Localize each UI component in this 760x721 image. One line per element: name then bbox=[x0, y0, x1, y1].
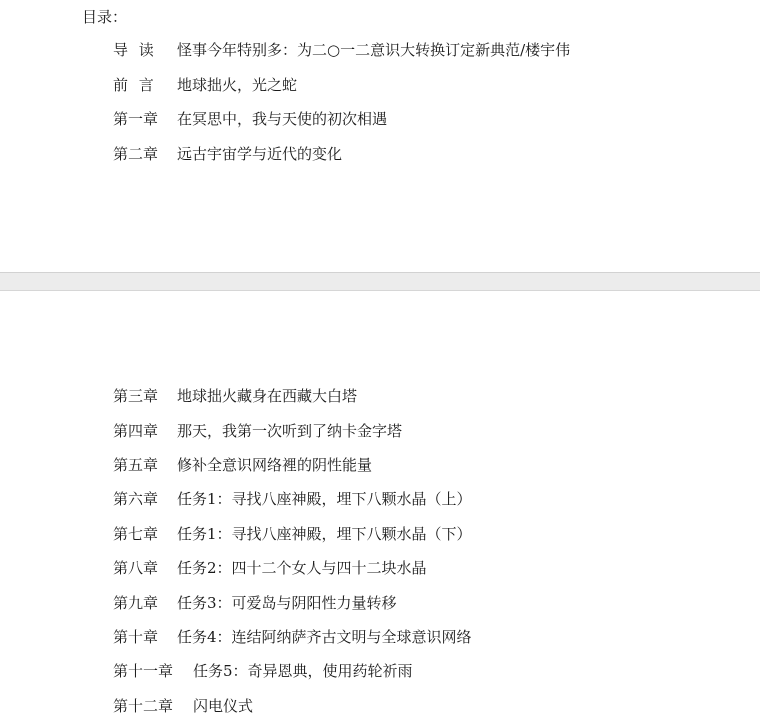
toc-entry[interactable]: 第八章 任务2：四十二个女人与四十二块水晶 bbox=[113, 558, 427, 578]
toc-entry-label: 前 言 bbox=[113, 75, 177, 95]
toc-entry-label: 第八章 bbox=[113, 558, 177, 578]
document-page-2: 第三章 地球拙火藏身在西藏大白塔 第四章 那天，我第一次听到了纳卡金字塔 第五章… bbox=[0, 291, 760, 721]
toc-entry-label: 第七章 bbox=[113, 524, 177, 544]
toc-entry-label: 导 读 bbox=[113, 40, 177, 60]
toc-entry-label: 第十二章 bbox=[113, 696, 193, 716]
toc-entry-label: 第六章 bbox=[113, 489, 177, 509]
toc-entry-label: 第十一章 bbox=[113, 661, 193, 681]
toc-entry-title: 任务1：寻找八座神殿，埋下八颗水晶（上） bbox=[177, 489, 472, 509]
toc-entry[interactable]: 第九章 任务3：可爱岛与阴阳性力量转移 bbox=[113, 593, 397, 613]
page-separator bbox=[0, 272, 760, 291]
toc-entry-title: 任务1：寻找八座神殿，埋下八颗水晶（下） bbox=[177, 524, 472, 544]
toc-entry-title: 闪电仪式 bbox=[193, 696, 253, 716]
toc-entry[interactable]: 第一章 在冥思中，我与天使的初次相遇 bbox=[113, 109, 387, 129]
toc-entry-label: 第一章 bbox=[113, 109, 177, 129]
toc-entry-title: 怪事今年特别多：为二○一二意识大转换订定新典范/楼宇伟 bbox=[177, 40, 570, 60]
toc-entry[interactable]: 第七章 任务1：寻找八座神殿，埋下八颗水晶（下） bbox=[113, 524, 472, 544]
toc-entry-title: 任务4：连结阿纳萨齐古文明与全球意识网络 bbox=[177, 627, 472, 647]
toc-entry[interactable]: 第五章 修补全意识网络裡的阴性能量 bbox=[113, 455, 372, 475]
toc-entry-title: 修补全意识网络裡的阴性能量 bbox=[177, 455, 372, 475]
toc-entry-label: 第十章 bbox=[113, 627, 177, 647]
document-page-1: 目录： 导 读 怪事今年特别多：为二○一二意识大转换订定新典范/楼宇伟 前 言 … bbox=[0, 0, 760, 272]
toc-entry-title: 任务2：四十二个女人与四十二块水晶 bbox=[177, 558, 427, 578]
toc-entry[interactable]: 第四章 那天，我第一次听到了纳卡金字塔 bbox=[113, 421, 402, 441]
toc-entry-title: 那天，我第一次听到了纳卡金字塔 bbox=[177, 421, 402, 441]
toc-entry-title: 任务5：奇异恩典，使用药轮祈雨 bbox=[193, 661, 413, 681]
document-viewport[interactable]: 目录： 导 读 怪事今年特别多：为二○一二意识大转换订定新典范/楼宇伟 前 言 … bbox=[0, 0, 760, 721]
toc-entry[interactable]: 导 读 怪事今年特别多：为二○一二意识大转换订定新典范/楼宇伟 bbox=[113, 40, 570, 60]
toc-entry-label: 第五章 bbox=[113, 455, 177, 475]
toc-entry[interactable]: 第十二章 闪电仪式 bbox=[113, 696, 253, 716]
toc-entry-title: 在冥思中，我与天使的初次相遇 bbox=[177, 109, 387, 129]
toc-entry[interactable]: 第三章 地球拙火藏身在西藏大白塔 bbox=[113, 386, 357, 406]
toc-entry-title: 远古宇宙学与近代的变化 bbox=[177, 144, 342, 164]
toc-heading: 目录： bbox=[82, 7, 127, 27]
toc-entry-title: 地球拙火，光之蛇 bbox=[177, 75, 297, 95]
toc-entry-label: 第三章 bbox=[113, 386, 177, 406]
toc-entry[interactable]: 第十章 任务4：连结阿纳萨齐古文明与全球意识网络 bbox=[113, 627, 472, 647]
toc-entry-title: 任务3：可爱岛与阴阳性力量转移 bbox=[177, 593, 397, 613]
toc-entry-title: 地球拙火藏身在西藏大白塔 bbox=[177, 386, 357, 406]
toc-entry-label: 第四章 bbox=[113, 421, 177, 441]
toc-entry[interactable]: 前 言 地球拙火，光之蛇 bbox=[113, 75, 297, 95]
toc-entry[interactable]: 第十一章 任务5：奇异恩典，使用药轮祈雨 bbox=[113, 661, 413, 681]
toc-entry-label: 第九章 bbox=[113, 593, 177, 613]
toc-entry[interactable]: 第二章 远古宇宙学与近代的变化 bbox=[113, 144, 342, 164]
toc-entry-label: 第二章 bbox=[113, 144, 177, 164]
toc-entry[interactable]: 第六章 任务1：寻找八座神殿，埋下八颗水晶（上） bbox=[113, 489, 472, 509]
